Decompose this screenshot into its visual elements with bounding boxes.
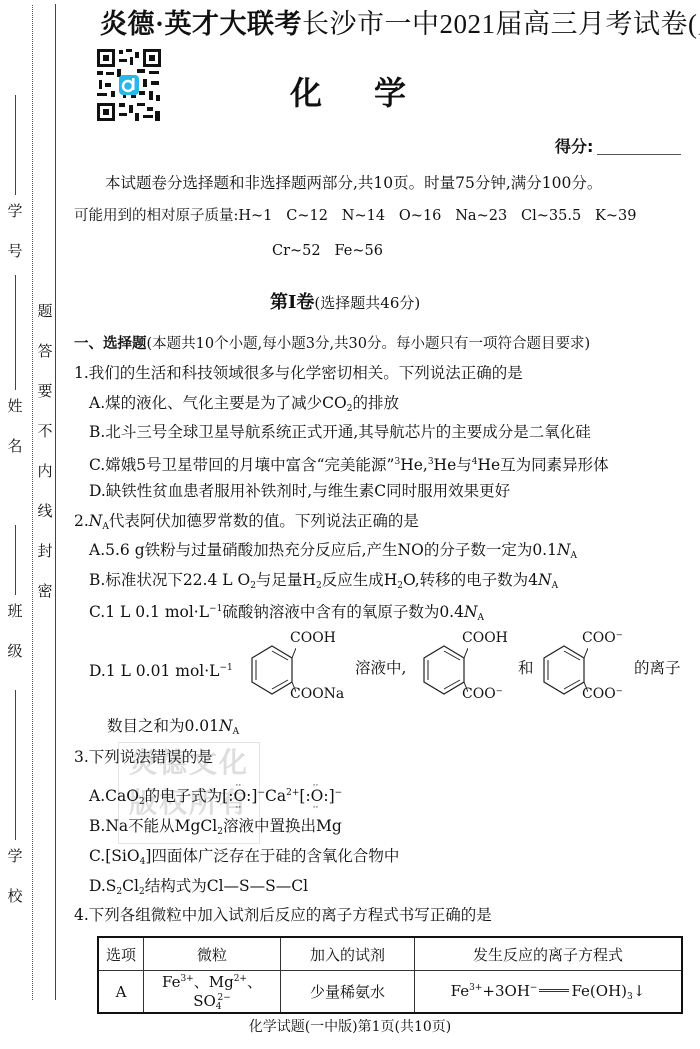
benzene-ring-icon — [540, 640, 588, 700]
benzene-ring-icon — [420, 640, 468, 700]
q4-stem: 4.下列各组微粒中加入试剂后反应的离子方程式书写正确的是 — [74, 904, 492, 926]
q3-option-d[interactable]: D.S2Cl2结构式为Cl—S—S—Cl — [89, 875, 308, 903]
mol3-top-group: COO⁻ — [582, 630, 623, 646]
subject-title: 化学 — [290, 68, 458, 114]
table-cell-option: A — [98, 971, 144, 1014]
q1-option-b[interactable]: B.北斗三号全球卫星导航系统正式开通,其导航芯片的主要成分是二氧化硅 — [89, 421, 591, 443]
q1-option-d[interactable]: D.缺铁性贫血患者服用补铁剂时,与维生素C同时服用效果更好 — [89, 480, 510, 502]
exam-title: 炎德·英才大联考长沙市一中2021届高三月考试卷(九) — [100, 2, 700, 41]
q3-option-a[interactable]: A.CaO2的电子式为[:O····:]−Ca2+[:O····:]− — [89, 782, 342, 813]
mol2-top-group: COOH — [462, 630, 508, 646]
class-field[interactable]: 班级 — [2, 525, 28, 667]
section-title-main: 第Ⅰ卷 — [270, 292, 314, 313]
table-cell-equation: Fe3++3OH−Fe(OH)3↓ — [415, 971, 683, 1014]
atomic-mass-fe: Fe~56 — [334, 243, 382, 259]
table-cell-particles: Fe3+、Mg2+、SO42− — [144, 971, 281, 1014]
name-label: 姓名 — [7, 396, 22, 456]
q2-option-d-mid: 溶液中, — [355, 657, 406, 679]
q3-option-c[interactable]: C.[SiO4]四面体广泛存在于硅的含氧化合物中 — [89, 845, 399, 873]
student-id-blank[interactable] — [15, 95, 16, 195]
seal-warning-text: 题 答 要 不 内 线 封 密 — [36, 300, 54, 620]
q1-option-c[interactable]: C.嫦娥5号卫星带回的月壤中富含“完美能源”3He,3He与4He互为同素异形体 — [89, 451, 609, 476]
page-footer: 化学试题(一中版)第1页(共10页) — [0, 1016, 700, 1036]
score-blank[interactable] — [597, 154, 681, 155]
q2-option-d-tail: 数目之和为0.01NA — [107, 715, 239, 743]
atomic-mass-o: O~16 — [399, 208, 442, 224]
table-row[interactable]: A Fe3+、Mg2+、SO42− 少量稀氨水 Fe3++3OH−Fe(OH)3… — [98, 971, 682, 1014]
table-header-particles: 微粒 — [144, 937, 281, 971]
atomic-mass-h: H~1 — [238, 208, 272, 224]
school-label: 学校 — [7, 846, 22, 906]
atomic-mass-na: Na~23 — [455, 208, 507, 224]
table-header-equation: 发生反应的离子方程式 — [415, 937, 683, 971]
atomic-mass-n: N~14 — [342, 208, 385, 224]
qr-code-icon[interactable] — [95, 47, 163, 123]
atomic-mass-c: C~12 — [286, 208, 328, 224]
exam-instructions: 本试题卷分选择题和非选择题两部分,共10页。时量75分钟,满分100分。 — [105, 172, 602, 194]
school-blank[interactable] — [15, 690, 16, 840]
table-cell-reagent: 少量稀氨水 — [281, 971, 415, 1014]
part-desc: (本题共10个小题,每小题3分,共30分。每小题只有一项符合题目要求) — [147, 336, 591, 352]
mol1-bottom-group: COONa — [290, 686, 344, 702]
atomic-mass-line-1: 可能用到的相对原子质量:H~1 C~12 N~14 O~16 Na~23 Cl~… — [74, 205, 636, 227]
section-title-sub: (选择题共46分) — [314, 294, 420, 312]
q1-stem: 1.我们的生活和科技领域很多与化学密切相关。下列说法正确的是 — [74, 362, 523, 384]
school-field[interactable]: 学校 — [2, 690, 28, 912]
name-field[interactable]: 姓名 — [2, 275, 28, 462]
atomic-mass-cr: Cr~52 — [272, 243, 321, 259]
q2-option-d-and: 和 — [518, 657, 534, 679]
q2-option-c[interactable]: C.1 L 0.1 mol·L−1硫酸钠溶液中含有的氧原子数为0.4NA — [89, 598, 484, 629]
binding-solid-line — [55, 4, 56, 1000]
name-blank[interactable] — [15, 275, 16, 390]
q3-stem: 3.下列说法错误的是 — [74, 746, 213, 768]
mol3-bottom-group: COO⁻ — [582, 686, 623, 702]
exam-title-text: 长沙市一中2021届高三月考试卷(九) — [302, 9, 700, 39]
atomic-mass-cl: Cl~35.5 — [521, 208, 581, 224]
part-title: 一、选择题 — [74, 335, 147, 352]
table-header-option: 选项 — [98, 937, 144, 971]
mol2-bottom-group: COO⁻ — [462, 686, 503, 702]
ion-equation-table: 选项 微粒 加入的试剂 发生反应的离子方程式 A Fe3+、Mg2+、SO42−… — [97, 936, 683, 1014]
class-label: 班级 — [7, 601, 22, 661]
table-header-row: 选项 微粒 加入的试剂 发生反应的离子方程式 — [98, 937, 682, 971]
mol1-top-group: COOH — [290, 630, 336, 646]
part-heading: 一、选择题(本题共10个小题,每小题3分,共30分。每小题只有一项符合题目要求) — [74, 333, 590, 355]
benzene-ring-icon — [248, 640, 296, 700]
exam-title-brand: 炎德·英才大联考 — [100, 9, 302, 39]
q2-option-b[interactable]: B.标准状况下22.4 L O2与足量H2反应生成H2O,转移的电子数为4NA — [89, 569, 558, 597]
q2-option-d-prefix: D.1 L 0.01 mol·L−1 — [89, 657, 233, 682]
q2-stem: 2.NA代表阿伏加德罗常数的值。下列说法正确的是 — [74, 510, 419, 538]
q3-option-b[interactable]: B.Na不能从MgCl2溶液中置换出Mg — [89, 815, 342, 843]
atomic-mass-k: K~39 — [595, 208, 636, 224]
score-field[interactable]: 得分: — [555, 134, 681, 157]
q2-option-a[interactable]: A.5.6 g铁粉与过量硝酸加热充分反应后,产生NO的分子数一定为0.1NA — [89, 539, 577, 567]
class-blank[interactable] — [15, 525, 16, 595]
q1-option-a[interactable]: A.煤的液化、气化主要是为了减少CO2的排放 — [89, 392, 399, 420]
student-id-field[interactable]: 学号 — [2, 95, 28, 267]
atomic-mass-label: 可能用到的相对原子质量: — [74, 208, 238, 224]
q2-option-d-suffix: 的离子 — [634, 657, 681, 679]
section-title: 第Ⅰ卷(选择题共46分) — [270, 288, 420, 314]
atomic-mass-line-2: Cr~52 Fe~56 — [272, 240, 383, 262]
score-label: 得分: — [555, 137, 593, 156]
binding-dotted-line — [32, 5, 33, 1000]
student-id-label: 学号 — [7, 201, 22, 261]
table-header-reagent: 加入的试剂 — [281, 937, 415, 971]
